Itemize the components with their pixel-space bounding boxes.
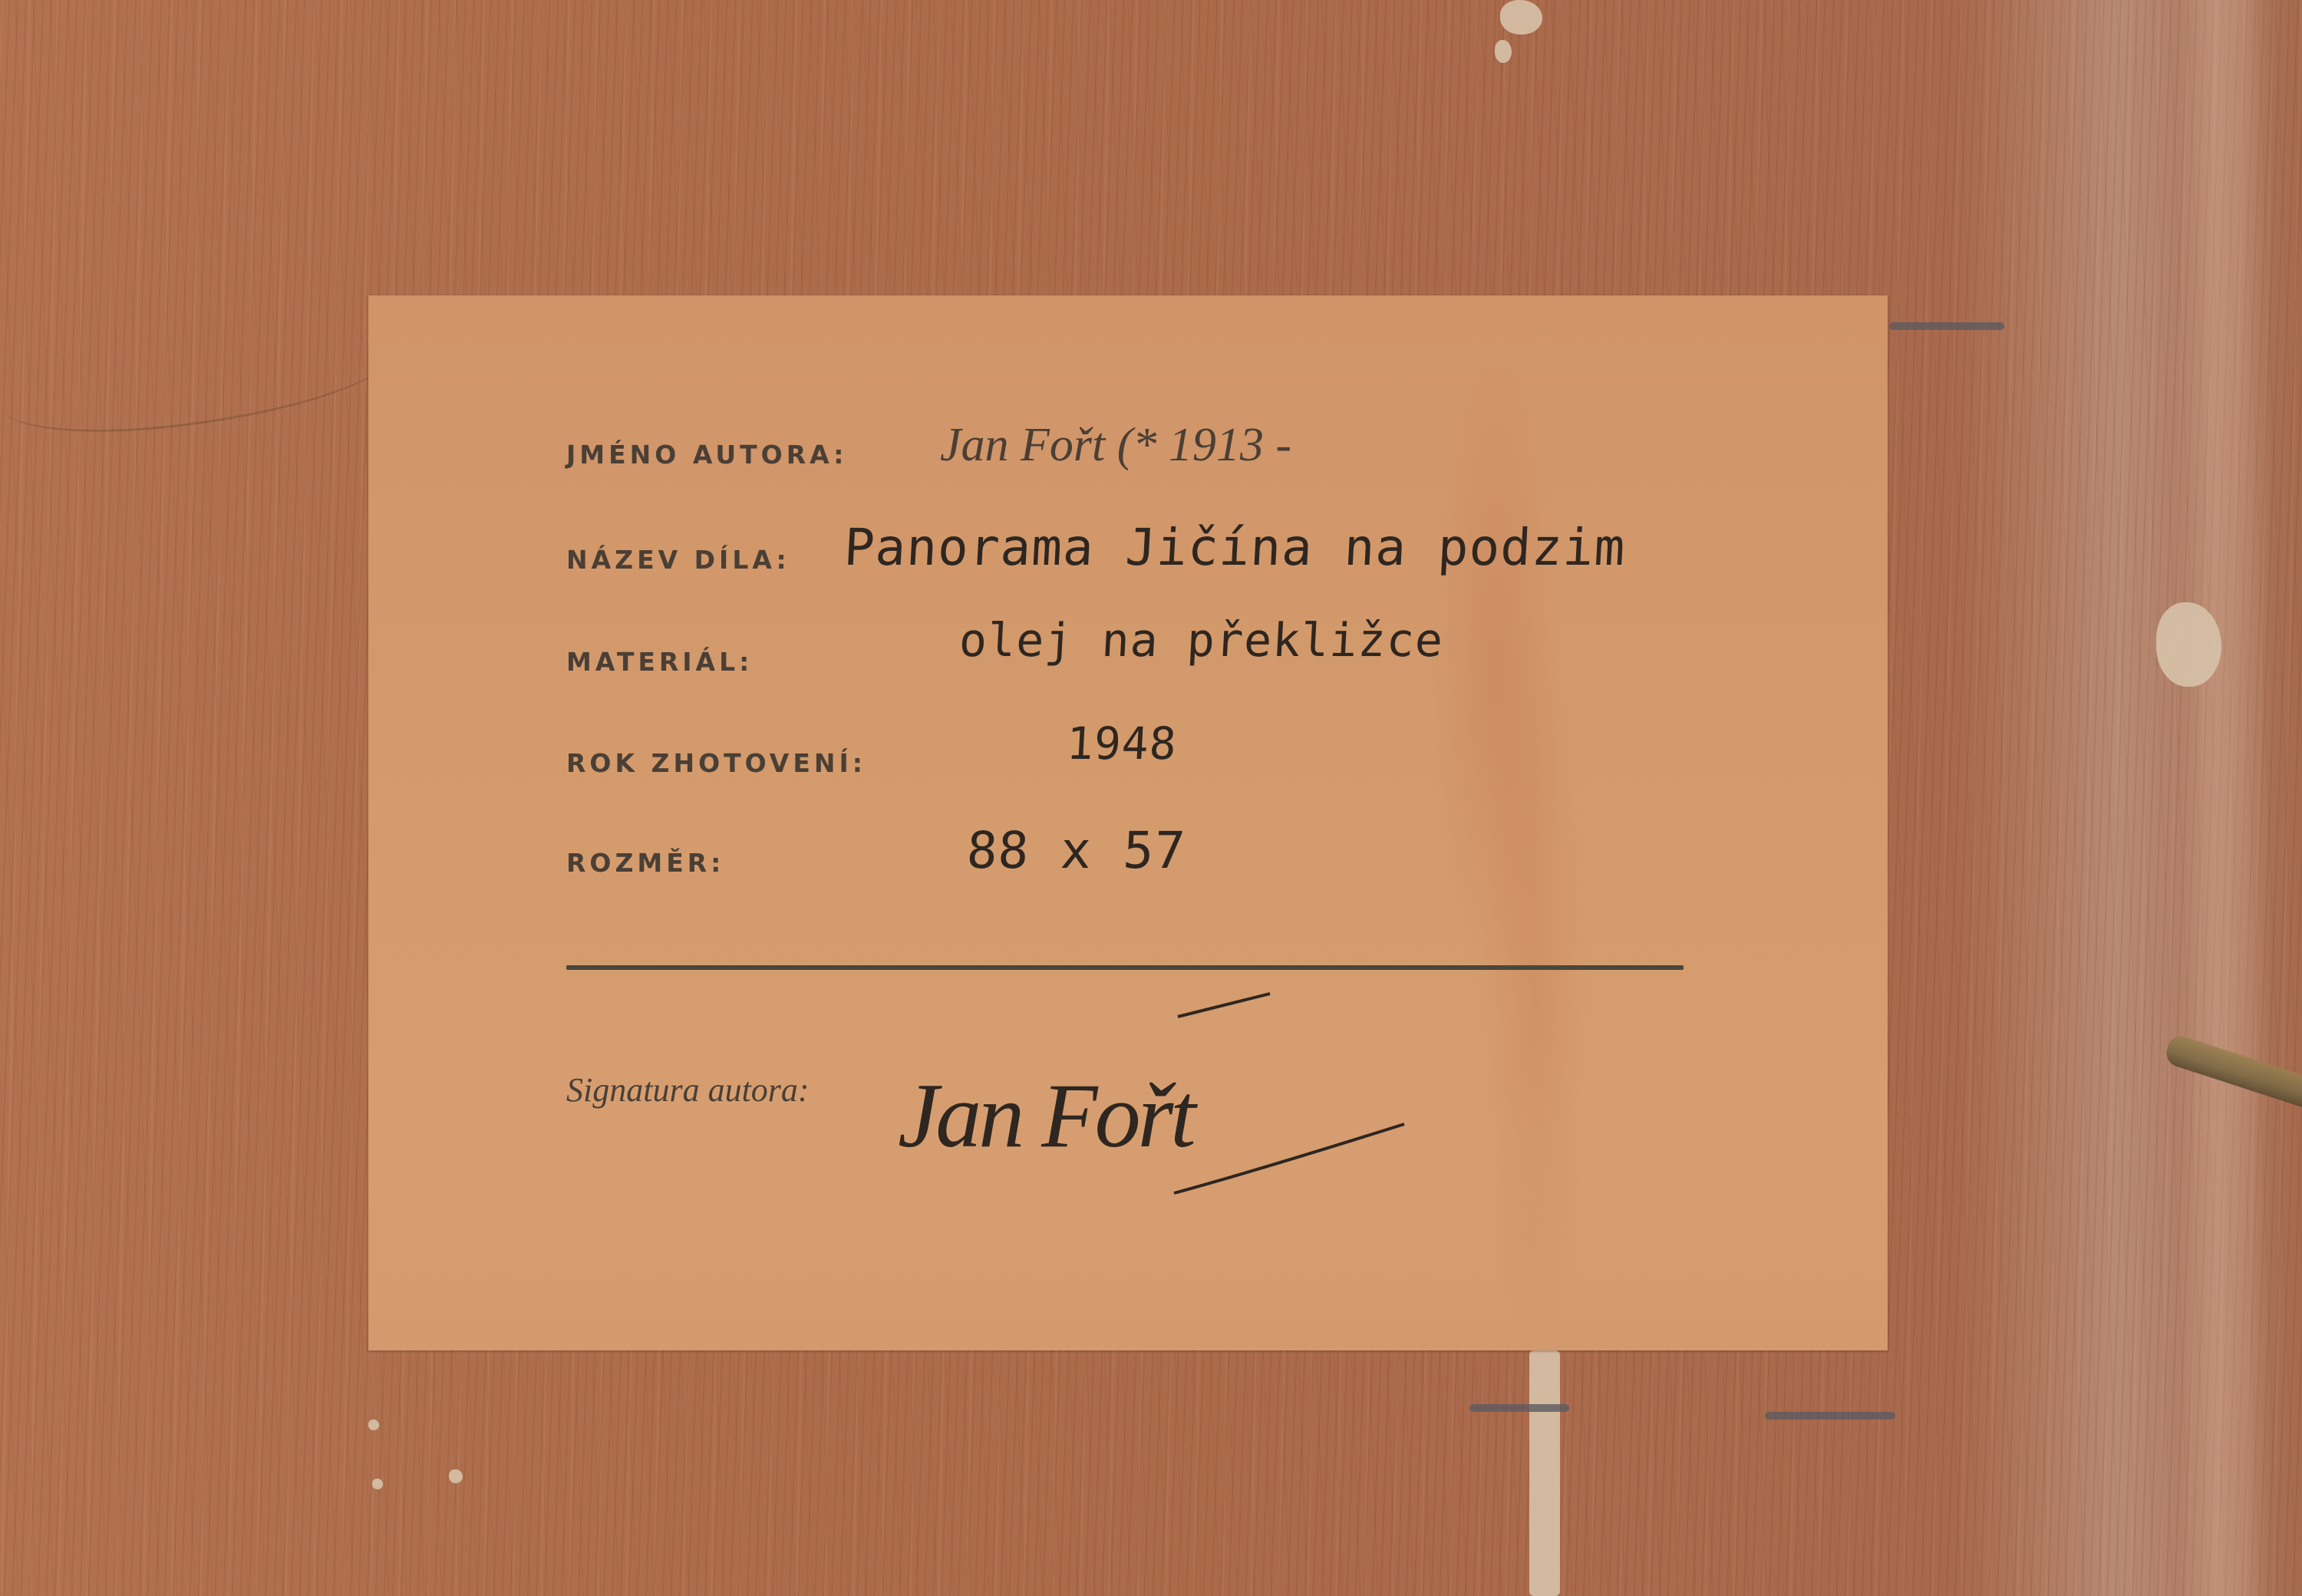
pencil-mark-bottom-right bbox=[1765, 1412, 1895, 1420]
author-name-value: Jan Fořt (* 1913 - bbox=[940, 418, 1291, 473]
work-title-label: NÁZEV DÍLA: bbox=[566, 545, 790, 575]
paint-stain-top-small bbox=[1495, 40, 1512, 63]
author-signature: Jan Fořt bbox=[898, 1063, 1193, 1169]
work-title-value: Panorama Jičína na podzim bbox=[843, 518, 1627, 577]
year-label: ROK ZHOTOVENÍ: bbox=[566, 748, 866, 778]
material-value: olej na překližce bbox=[958, 614, 1445, 668]
paint-speck bbox=[449, 1469, 463, 1483]
year-value: 1948 bbox=[1065, 717, 1178, 770]
accent-stroke bbox=[1174, 990, 1274, 1021]
pencil-mark-top-right bbox=[1889, 322, 2004, 330]
paint-speck bbox=[368, 1420, 379, 1430]
signature-flourish bbox=[1166, 1116, 1412, 1201]
paint-drip-bottom bbox=[1529, 1350, 1560, 1596]
dimensions-value: 88 x 57 bbox=[965, 821, 1187, 880]
paint-stain-right bbox=[2156, 602, 2221, 687]
paint-stain-top bbox=[1500, 0, 1542, 35]
signature-divider bbox=[566, 965, 1684, 970]
pencil-mark-bottom-center bbox=[1469, 1404, 1569, 1412]
pale-wood-streak bbox=[2179, 0, 2271, 1596]
paint-speck bbox=[372, 1479, 383, 1489]
material-label: MATERIÁL: bbox=[566, 647, 753, 677]
signature-label: Signatura autora: bbox=[566, 1070, 810, 1110]
artwork-label: JMÉNO AUTORA: Jan Fořt (* 1913 - NÁZEV D… bbox=[368, 295, 1888, 1350]
author-name-label: JMÉNO AUTORA: bbox=[566, 440, 847, 470]
dimensions-label: ROZMĚR: bbox=[566, 848, 724, 878]
